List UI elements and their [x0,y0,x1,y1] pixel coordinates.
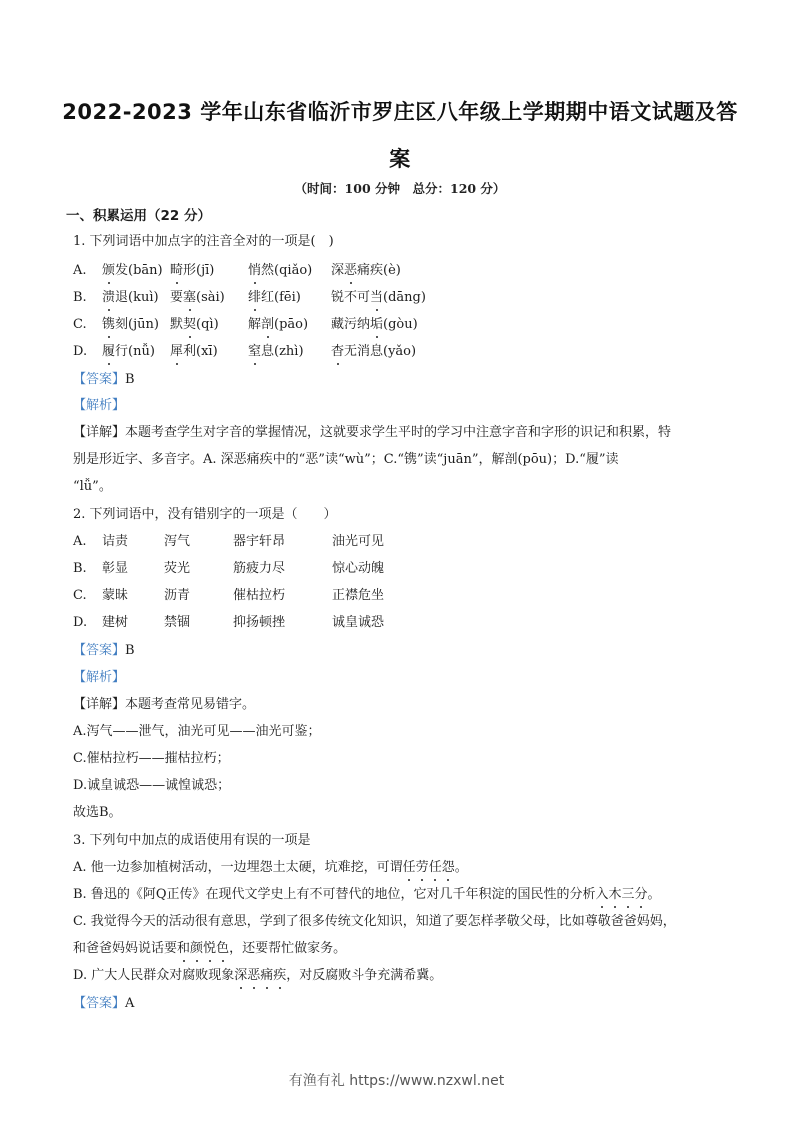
exam-meta: （时间：100 分钟 总分：120 分） [60,179,740,197]
dotted-char: 镌 [102,316,115,334]
option-term: 筋疲力尽 [233,560,285,578]
option-letter: D. [73,343,87,361]
q2-analysis-label: 【解析】 [73,669,125,687]
dotted-char: 任 [429,859,442,877]
dotted-char: 色 [216,940,229,958]
dotted-char: 杳 [331,343,344,361]
option-term: 解剖(pāo) [248,316,308,334]
dotted-char: 犀 [170,343,183,361]
dotted-char: 剖 [261,316,274,334]
dotted-char: 绯 [248,289,261,307]
q3-option-c-line1: C. 我觉得今天的活动很有意思，学到了很多传统文化知识，知道了要怎样孝敬父母，比… [73,913,676,931]
option-term: 器宇轩昂 [233,533,285,551]
option-term: 杳无消息(yǎo) [331,343,416,361]
dotted-char: 任 [403,859,416,877]
dotted-idiom: 和颜悦色 [177,941,229,956]
dotted-char: 悄 [248,262,261,280]
option-term: 惊心动魄 [332,560,384,578]
answer-value: B [125,372,135,387]
dotted-idiom: 深恶痛疾 [234,968,286,983]
q2-answer: 【答案】B [73,642,135,660]
dotted-char: 塞 [183,289,196,307]
document-title-line2: 案 [60,143,740,173]
dotted-char: 恶 [344,262,357,280]
option-term: 荧光 [164,560,190,578]
dotted-char: 痛 [260,967,273,985]
option-term: 沥青 [164,587,190,605]
option-term: 藏污纳垢(gòu) [331,316,418,334]
option-term: 镌刻(jūn) [102,316,159,334]
dotted-char: 颁 [102,262,115,280]
dotted-char: 畸 [170,262,183,280]
q3-option-a: A. 他一边参加植树活动，一边埋怨土太硬，坑难挖，可谓任劳任怨。 [73,859,468,877]
footer-watermark: 有渔有礼 https://www.nzxwl.net [0,1070,793,1090]
option-term: 溃退(kuì) [102,289,159,307]
q2-detail-line4: D.诚皇诚恐——诚惶诚恐； [73,777,230,795]
option-term: 禁锢 [164,614,190,632]
dotted-char: 溃 [102,289,115,307]
dotted-idiom: 入木三分 [595,887,647,902]
answer-label: 【答案】 [73,372,125,387]
dotted-char: 深 [234,967,247,985]
option-letter: D. [73,614,87,632]
option-letter: C. [73,587,87,605]
detail-label: 【详解】 [73,425,125,440]
option-letter: B. [73,560,87,578]
q1-detail-line3: “lǚ”。 [73,478,112,496]
document-title-line1: 2022-2023 学年山东省临沂市罗庄区八年级上学期期中语文试题及答 [60,96,740,126]
option-term: 蒙昧 [102,587,128,605]
option-letter: B. [73,289,87,307]
option-term: 默契(qì) [170,316,219,334]
option-term: 锐不可当(dāng) [331,289,426,307]
option-term: 建树 [102,614,128,632]
q1-answer: 【答案】B [73,371,135,389]
option-term: 要塞(sài) [170,289,225,307]
option-term: 深恶痛疾(è) [331,262,401,280]
q2-detail-line5: 故选B。 [73,804,122,822]
dotted-char: 三 [622,886,635,904]
dotted-char: 劳 [416,859,429,877]
dotted-char: 当 [370,289,383,307]
option-term: 抑扬顿挫 [233,614,285,632]
q3-stem: 3. 下列句中加点的成语使用有误的一项是 [73,832,311,850]
q3-option-b: B. 鲁迅的《阿Q正传》在现代文学史上有不可替代的地位，它对几千年积淀的国民性的… [73,886,661,904]
option-term: 窒息(zhì) [248,343,304,361]
answer-label: 【答案】 [73,996,125,1011]
q3-option-d: D. 广大人民群众对腐败现象深恶痛疾，对反腐败斗争充满希冀。 [73,967,442,985]
answer-label: 【答案】 [73,643,125,658]
dotted-idiom: 任劳任怨 [403,860,455,875]
option-term: 诘责 [102,533,128,551]
option-term: 畸形(jī) [170,262,214,280]
dotted-char: 疾 [273,967,286,985]
option-term: 泻气 [164,533,190,551]
answer-value: B [125,643,135,658]
option-letter: C. [73,316,87,334]
option-term: 催枯拉朽 [233,587,285,605]
q3-option-c-line2: 和爸爸妈妈说话要和颜悦色，还要帮忙做家务。 [73,940,346,958]
dotted-char: 和 [177,940,190,958]
section-heading: 一、积累运用（22 分） [66,207,211,225]
option-term: 正襟危坐 [332,587,384,605]
q1-detail-line1: 【详解】本题考查学生对字音的掌握情况，这就要求学生平时的学习中注意字音和字形的识… [73,424,671,442]
dotted-char: 入 [595,886,608,904]
q2-detail-line3: C.催枯拉朽——摧枯拉朽； [73,750,230,768]
dotted-char: 履 [102,343,115,361]
option-term: 彰显 [102,560,128,578]
dotted-char: 契 [183,316,196,334]
dotted-char: 分 [635,886,648,904]
dotted-char: 怨 [442,859,455,877]
q1-detail-line2: 别是形近字、多音字。A. 深恶痛疾中的“恶”读“wù”；C.“镌”读“juān”… [73,451,619,469]
option-letter: A. [73,262,87,280]
q2-detail-line2: A.泻气——泄气，油光可见——油光可鉴； [73,723,321,741]
dotted-char: 恶 [247,967,260,985]
q2-detail-line1: 【详解】本题考查常见易错字。 [73,696,255,714]
option-term: 犀利(xī) [170,343,218,361]
option-term: 诚皇诚恐 [332,614,384,632]
option-term: 油光可见 [332,533,384,551]
q1-analysis-label: 【解析】 [73,397,125,415]
option-term: 悄然(qiǎo) [248,262,312,280]
option-term: 履行(nǚ) [102,343,155,361]
q1-stem: 1. 下列词语中加点字的注音全对的一项是( ) [73,233,334,251]
dotted-char: 木 [609,886,622,904]
option-term: 绯红(fēi) [248,289,301,307]
dotted-char: 颜 [190,940,203,958]
answer-value: A [125,996,134,1011]
dotted-char: 垢 [370,316,383,334]
q2-stem: 2. 下列词语中，没有错别字的一项是（ ） [73,506,337,524]
option-term: 颁发(bān) [102,262,163,280]
detail-label: 【详解】 [73,697,125,712]
option-letter: A. [73,533,87,551]
q3-answer: 【答案】A [73,995,134,1013]
dotted-char: 窒 [248,343,261,361]
dotted-char: 悦 [203,940,216,958]
exam-page: 2022-2023 学年山东省临沂市罗庄区八年级上学期期中语文试题及答 案 （时… [0,0,793,1122]
